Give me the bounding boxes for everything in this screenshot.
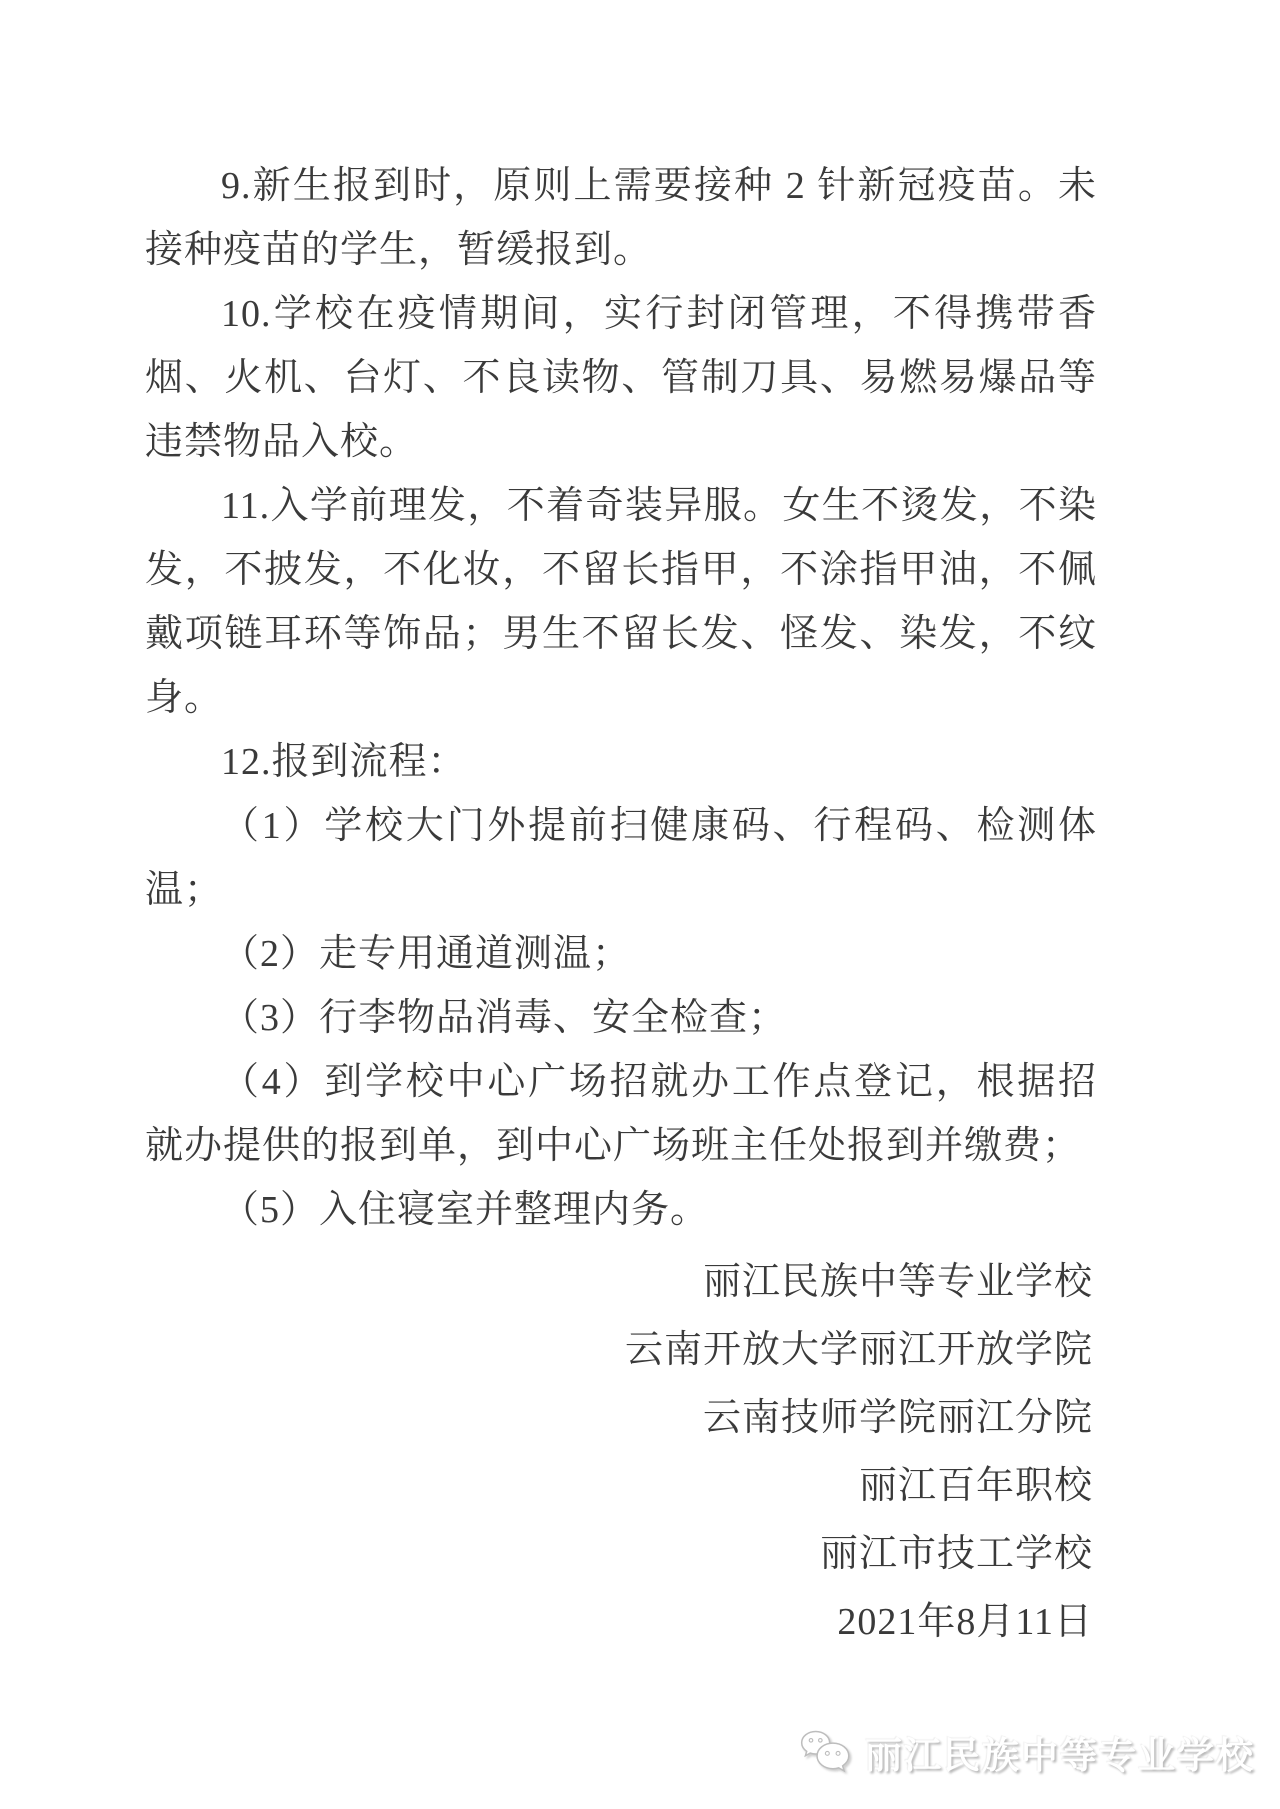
signature-school-3: 云南技师学院丽江分院: [145, 1384, 1093, 1452]
signature-school-4: 丽江百年职校: [145, 1452, 1093, 1520]
signature-school-1: 丽江民族中等专业学校: [145, 1248, 1093, 1316]
wechat-icon: [797, 1727, 853, 1777]
document-page: 9.新生报到时，原则上需要接种 2 针新冠疫苗。未接种疫苗的学生，暂缓报到。 1…: [0, 0, 1280, 1809]
signature-school-5: 丽江市技工学校: [145, 1520, 1093, 1588]
paragraph-step-2: （2）走专用通道测温；: [145, 922, 1097, 986]
notice-body: 9.新生报到时，原则上需要接种 2 针新冠疫苗。未接种疫苗的学生，暂缓报到。 1…: [145, 154, 1097, 1242]
paragraph-step-5: （5）入住寝室并整理内务。: [145, 1178, 1097, 1242]
paragraph-step-3: （3）行李物品消毒、安全检查；: [145, 986, 1097, 1050]
footer-watermark: 丽江民族中等专业学校: [0, 1724, 1255, 1780]
paragraph-item-10: 10.学校在疫情期间，实行封闭管理，不得携带香烟、火机、台灯、不良读物、管制刀具…: [145, 282, 1097, 474]
paragraph-step-1: （1）学校大门外提前扫健康码、行程码、检测体温；: [145, 794, 1097, 922]
paragraph-item-11: 11.入学前理发，不着奇装异服。女生不烫发，不染发，不披发，不化妆，不留长指甲，…: [145, 474, 1097, 730]
footer-school-name: 丽江民族中等专业学校: [865, 1725, 1255, 1779]
signature-school-2: 云南开放大学丽江开放学院: [145, 1316, 1093, 1384]
signature-date: 2021年8月11日: [145, 1588, 1093, 1656]
signature-block: 丽江民族中等专业学校 云南开放大学丽江开放学院 云南技师学院丽江分院 丽江百年职…: [145, 1248, 1093, 1656]
paragraph-item-9: 9.新生报到时，原则上需要接种 2 针新冠疫苗。未接种疫苗的学生，暂缓报到。: [145, 154, 1097, 282]
paragraph-step-4: （4）到学校中心广场招就办工作点登记，根据招就办提供的报到单，到中心广场班主任处…: [145, 1050, 1097, 1178]
paragraph-item-12: 12.报到流程：: [145, 730, 1097, 794]
